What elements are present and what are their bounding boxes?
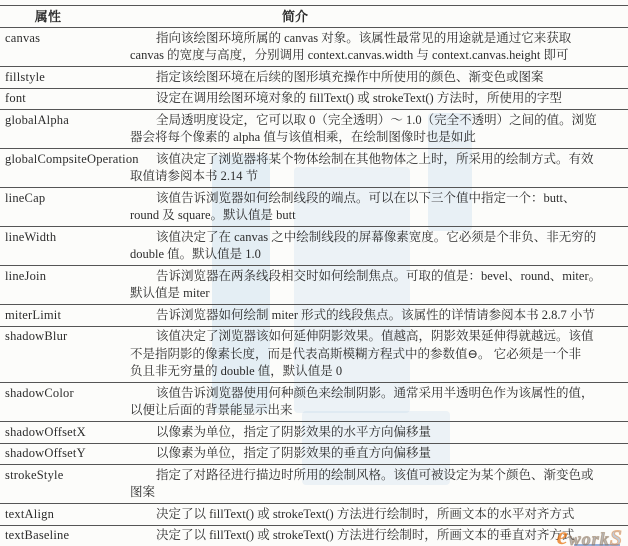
property-name: shadowOffsetY (0, 444, 130, 465)
property-description: 告诉浏览器在两条线段相交时如何绘制焦点。可取的值是：bevel、round、mi… (130, 266, 628, 304)
property-name: fillstyle (0, 67, 130, 88)
property-description: 全局透明度设定，它可以取 0（完全透明）～ 1.0（完全不透明）之间的值。浏览 … (130, 110, 628, 148)
property-name: globalCompsiteOperation (0, 149, 130, 170)
property-name: globalAlpha (0, 110, 130, 131)
table-row: shadowBlur 该值决定了浏览器该如何延伸阴影效果。值越高，阴影效果延伸得… (0, 327, 628, 384)
column-header-description: 简介 (130, 6, 628, 27)
table-row: lineJoin 告诉浏览器在两条线段相交时如何绘制焦点。可取的值是：bevel… (0, 266, 628, 305)
scanned-document-page: 属性 简介 canvas 指向该绘图环境所属的 canvas 对象。该属性最常见… (0, 5, 628, 546)
property-name: textAlign (0, 504, 130, 525)
property-name: canvas (0, 28, 130, 49)
property-name: lineCap (0, 188, 130, 209)
table-row: fillstyle 指定该绘图环境在后续的图形填充操作中所使用的颜色、渐变色或图… (0, 67, 628, 89)
table-row: shadowOffsetY 以像素为单位，指定了阴影效果的垂直方向偏移量 (0, 444, 628, 466)
table-row: shadowColor 该值告诉浏览器使用何种颜色来绘制阴影。通常采用半透明色作… (0, 383, 628, 422)
property-name: shadowOffsetX (0, 422, 130, 443)
property-description: 该值告诉浏览器使用何种颜色来绘制阴影。通常采用半透明色作为该属性的值， 以便让后… (130, 383, 628, 421)
property-description: 指定该绘图环境在后续的图形填充操作中所使用的颜色、渐变色或图案 (130, 67, 628, 88)
property-description: 该值决定了浏览器该如何延伸阴影效果。值越高，阴影效果延伸得就越远。该值 不是指阴… (130, 327, 628, 383)
property-name: font (0, 89, 130, 110)
table-row: strokeStyle 指定了对路径进行描边时所用的绘制风格。该值可被设定为某个… (0, 465, 628, 504)
property-name: miterLimit (0, 305, 130, 326)
table-row: miterLimit 告诉浏览器如何绘制 miter 形式的线段焦点。该属性的详… (0, 305, 628, 327)
table-row: textAlign 决定了以 fillText() 或 strokeText()… (0, 504, 628, 526)
property-name: shadowColor (0, 383, 130, 404)
property-description: 以像素为单位，指定了阴影效果的垂直方向偏移量 (130, 444, 628, 465)
property-description: 设定在调用绘图环境对象的 fillText() 或 strokeText() 方… (130, 89, 628, 110)
property-description: 指定了对路径进行描边时所用的绘制风格。该值可被设定为某个颜色、渐变色或 图案 (130, 465, 628, 503)
column-header-property: 属性 (0, 6, 130, 27)
table-row: textBaseline 决定了以 fillText() 或 strokeTex… (0, 526, 628, 546)
property-description: 以像素为单位，指定了阴影效果的水平方向偏移量 (130, 422, 628, 443)
property-name: strokeStyle (0, 465, 130, 486)
table-row: lineWidth 该值决定了在 canvas 之中绘制线段的屏幕像素宽度。它必… (0, 227, 628, 266)
canvas-properties-table: 属性 简介 canvas 指向该绘图环境所属的 canvas 对象。该属性最常见… (0, 5, 628, 546)
property-description: 指向该绘图环境所属的 canvas 对象。该属性最常见的用途就是通过它来获取 c… (130, 28, 628, 66)
property-description: 决定了以 fillText() 或 strokeText() 方法进行绘制时，所… (130, 504, 628, 525)
table-row: lineCap 该值告诉浏览器如何绘制线段的端点。可以在以下三个值中指定一个：b… (0, 188, 628, 227)
property-name: textBaseline (0, 526, 130, 546)
table-row: font 设定在调用绘图环境对象的 fillText() 或 strokeTex… (0, 89, 628, 111)
table-row: globalAlpha 全局透明度设定，它可以取 0（完全透明）～ 1.0（完全… (0, 110, 628, 149)
property-name: shadowBlur (0, 327, 130, 348)
property-name: lineWidth (0, 227, 130, 248)
property-description: 告诉浏览器如何绘制 miter 形式的线段焦点。该属性的详情请参阅本书 2.8.… (130, 305, 628, 326)
property-name: lineJoin (0, 266, 130, 287)
table-row: canvas 指向该绘图环境所属的 canvas 对象。该属性最常见的用途就是通… (0, 28, 628, 67)
property-description: 决定了以 fillText() 或 strokeText() 方法进行绘制时，所… (130, 526, 628, 546)
table-row: shadowOffsetX 以像素为单位，指定了阴影效果的水平方向偏移量 (0, 422, 628, 444)
property-description: 该值决定了浏览器将某个物体绘制在其他物体之上时，所采用的绘制方式。有效 取值请参… (130, 149, 628, 187)
property-description: 该值决定了在 canvas 之中绘制线段的屏幕像素宽度。它必须是个非负、非无穷的… (130, 227, 628, 265)
property-description: 该值告诉浏览器如何绘制线段的端点。可以在以下三个值中指定一个：butt、 rou… (130, 188, 628, 226)
table-row: globalCompsiteOperation 该值决定了浏览器将某个物体绘制在… (0, 149, 628, 188)
table-header-row: 属性 简介 (0, 6, 628, 28)
